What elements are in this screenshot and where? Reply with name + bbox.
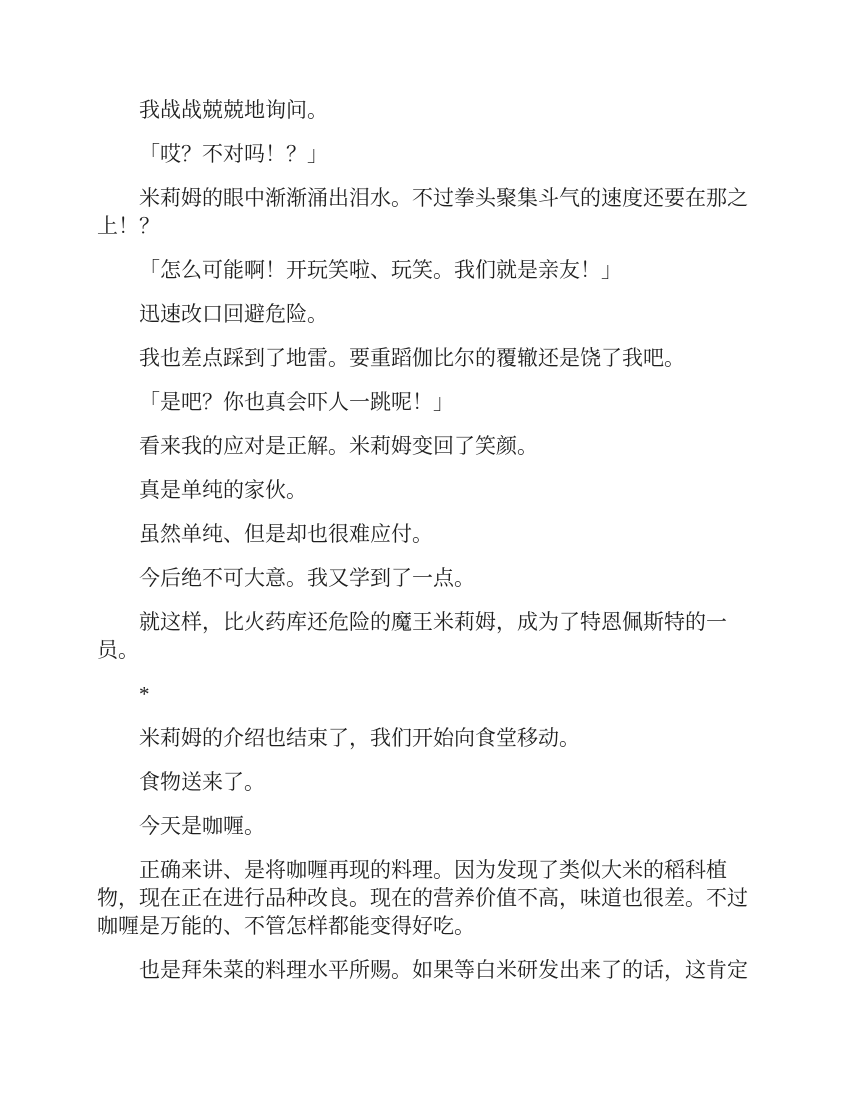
paragraph: 今天是咖喱。 [97, 812, 764, 840]
paragraph: 就这样，比火药库还危险的魔王米莉姆，成为了特恩佩斯特的一员。 [97, 608, 764, 664]
paragraph: 看来我的应对是正解。米莉姆变回了笑颜。 [97, 432, 764, 460]
paragraph: 正确来讲、是将咖喱再现的料理。因为发现了类似大米的稻科植物，现在正在进行品种改良… [97, 856, 764, 940]
paragraph: 米莉姆的眼中渐渐涌出泪水。不过拳头聚集斗气的速度还要在那之上！？ [97, 184, 764, 240]
paragraph: 今后绝不可大意。我又学到了一点。 [97, 564, 764, 592]
paragraph: 也是拜朱菜的料理水平所赐。如果等白米研发出来了的话，这肯定 [97, 956, 764, 984]
section-divider: * [97, 680, 764, 708]
paragraph: 米莉姆的介绍也结束了，我们开始向食堂移动。 [97, 724, 764, 752]
paragraph-dialogue: 「哎？不对吗！？」 [97, 140, 764, 168]
paragraph: 我也差点踩到了地雷。要重蹈伽比尔的覆辙还是饶了我吧。 [97, 344, 764, 372]
paragraph: 我战战兢兢地询问。 [97, 96, 764, 124]
paragraph-dialogue: 「是吧？你也真会吓人一跳呢！」 [97, 388, 764, 416]
paragraph: 虽然单纯、但是却也很难应付。 [97, 520, 764, 548]
paragraph: 真是单纯的家伙。 [97, 476, 764, 504]
paragraph-dialogue: 「怎么可能啊！开玩笑啦、玩笑。我们就是亲友！」 [97, 256, 764, 284]
paragraph: 迅速改口回避危险。 [97, 300, 764, 328]
paragraph: 食物送来了。 [97, 768, 764, 796]
novel-page: 我战战兢兢地询问。 「哎？不对吗！？」 米莉姆的眼中渐渐涌出泪水。不过拳头聚集斗… [0, 0, 850, 1100]
